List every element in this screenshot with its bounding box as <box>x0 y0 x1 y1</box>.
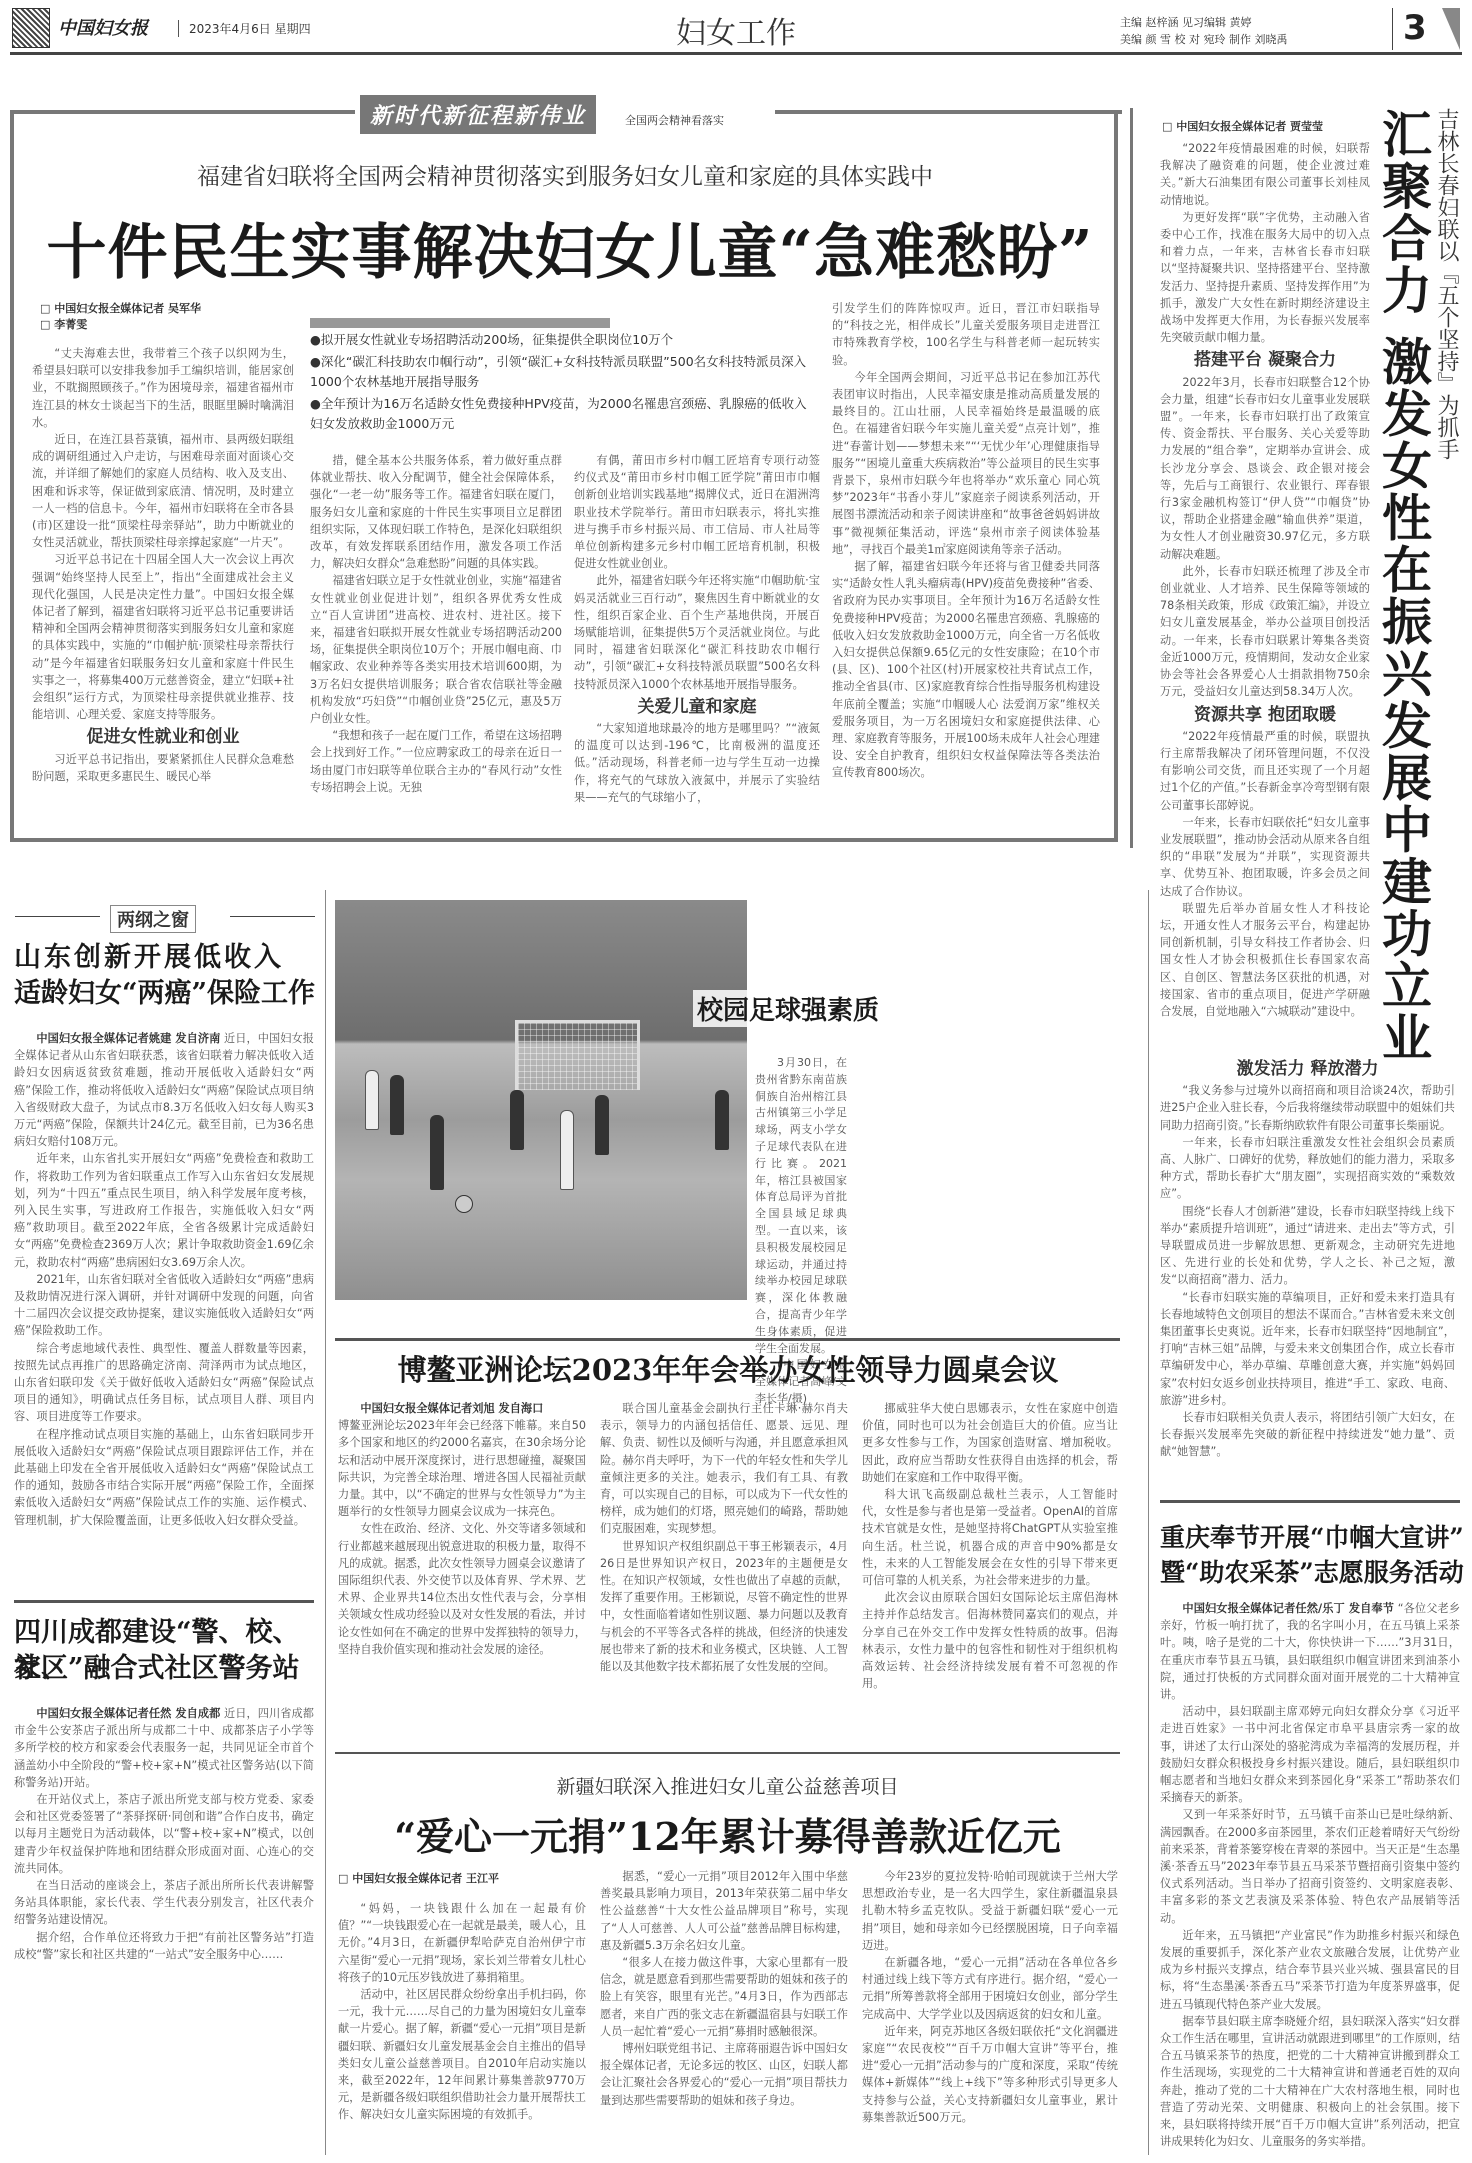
paragraph: 博鳌亚洲论坛2023年年会已经落下帷幕。来自50多个国家和地区的约2000名嘉宾… <box>338 1417 586 1520</box>
paragraph: 世界知识产权组织副总干事王彬颖表示，4月26日是世界知识产权日，2023年的主题… <box>600 1538 848 1676</box>
column-label-text: 两纲之窗 <box>110 905 196 933</box>
boao-column-3: 挪威驻华大使白思娜表示，女性在家庭中创造价值，同时也可以为社会创造巨大的价值。应… <box>862 1400 1118 1692</box>
dateline: 中国妇女报全媒体记者任然 发自成都 <box>36 1707 220 1720</box>
sichuan-body: 中国妇女报全媒体记者任然 发自成都 近日，四川省成都市金牛公安茶店子派出所与成都… <box>14 1705 314 2155</box>
shandong-body: 中国妇女报全媒体记者姚建 发自济南 近日，中国妇女报全媒体记者从山东省妇联获悉，… <box>14 1030 314 1529</box>
paragraph: 近年来，五马镇把“产业富民”作为助推乡村振兴和绿色发展的重要抓手，深化茶产业农文… <box>1160 1927 1460 2013</box>
column-rule <box>325 890 326 2155</box>
paragraph: 联合国儿童基金会副执行主任卡琳·赫尔肖夫表示，领导力的内涵包括信任、愿景、远见、… <box>600 1400 848 1538</box>
paragraph: 联盟先后举办首届女性人才科技论坛，开通女性人才服务云平台，构建起协同创新机制，引… <box>1160 900 1370 1020</box>
jilin-column-upper: “2022年疫情最困难的时候，妇联帮我解决了融资难的问题，使企业渡过难关。”新大… <box>1160 140 1370 1020</box>
divider <box>14 1600 314 1603</box>
player-figure <box>510 1090 524 1150</box>
paragraph: 福建省妇联立足于女性就业创业，实施“福建省女性就业创业促进计划”，组织各界优秀女… <box>310 572 562 727</box>
feature-kicker: 福建省妇联将全国两会精神贯彻落实到服务妇女儿童和家庭的具体实践中 <box>0 158 1130 191</box>
paragraph: 在开站仪式上，茶店子派出所党支部与校方党委、家委会和社区党委签署了“茶驿探研·同… <box>14 1791 314 1877</box>
page-number: 3 <box>1392 8 1442 50</box>
series-banner-sub: 全国两会精神看落实 <box>625 112 724 128</box>
paragraph: 据奉节县妇联主席李晓娅介绍，县妇联深入落实“妇女群众工作生活在哪里，宣讲活动就跟… <box>1160 2013 1460 2151</box>
paragraph: “长春市妇联实施的草编项目，正好和爱未来打造具有长春地域特色文创项目的想法不谋而… <box>1160 1289 1455 1409</box>
chongqing-body: 中国妇女报全媒体记者任然/乐丁 发自奉节 “各位父老乡亲好，竹板一响打扰了，我的… <box>1160 1600 1460 2151</box>
editor-line-1: 主编 赵梓涵 见习编辑 黄婷 <box>1120 14 1287 31</box>
chongqing-headline-line-1: 重庆奉节开展“巾帼大宣讲” <box>1160 1520 1465 1556</box>
paragraph: 今年全国两会期间，习近平总书记在参加江苏代表团审议时指出，人民幸福安康是推动高质… <box>832 369 1100 558</box>
sichuan-headline-line-2: 社区”融合式社区警务站 <box>14 1651 324 1687</box>
goal-net-graphic <box>515 1020 640 1090</box>
xinjiang-kicker: 新疆妇联深入推进妇女儿童公益慈善项目 <box>335 1772 1120 1799</box>
editor-line-2: 美编 颜 雪 校 对 宛玲 制作 刘晓禹 <box>1120 31 1287 48</box>
jilin-column-lower: 激发活力 释放潜力 “我义务参与过境外以商招商和项目洽谈24次，帮助引进25户企… <box>1160 1055 1455 1461</box>
player-figure <box>715 1090 729 1150</box>
paragraph: 综合考虑地域代表性、典型性、覆盖人群数量等因素，按照先试点再推广的思路确定济南、… <box>14 1340 314 1426</box>
divider <box>335 1338 1120 1341</box>
paragraph: 此次会议由原联合国妇女国际论坛主席侣海林主持并作总结发言。侣海林赞同嘉宾们的观点… <box>862 1589 1118 1692</box>
paragraph: 活动中，社区居民群众纷纷拿出手机扫码，你一元，我十元……尽自己的力量为困境妇女儿… <box>338 1986 586 2124</box>
football-photo <box>335 900 747 1300</box>
paragraph: 又到一年采茶好时节，五马镇千亩茶山已是吐绿纳新、满园飘香。在2000多亩茶园里，… <box>1160 1806 1460 1926</box>
paragraph: 在当日活动的座谈会上，茶店子派出所所长代表讲解警务站具体职能，家长代表、学生代表… <box>14 1877 314 1929</box>
paragraph: “大家知道地球最冷的地方是哪里吗？”“液氮的温度可以达到-196℃，比南极洲的温… <box>574 720 820 806</box>
boao-column-1: 中国妇女报全媒体记者刘旭 发自海口 博鳌亚洲论坛2023年年会已经落下帷幕。来自… <box>338 1400 586 1658</box>
paragraph: “2022年疫情最困难的时候，妇联帮我解决了融资难的问题，使企业渡过难关。”新大… <box>1160 140 1370 209</box>
paragraph: “各位父老乡亲好，竹板一响打扰了，我的名字叫小月，在五马镇上采茶叶。咦，啥子是党… <box>1160 1602 1460 1701</box>
page-corner-decoration <box>1442 8 1460 50</box>
paragraph: 女性在政治、经济、文化、外交等诸多领域和行业都越来越展现出锐意进取的积极力量，取… <box>338 1520 586 1658</box>
paragraph: 据介绍，合作单位还将致力于把“有前社区警务站”打造成校“警”家长和社区共建的“一… <box>14 1929 314 1963</box>
jilin-byline: □ 中国妇女报全媒体记者 贾莹莹 <box>1162 118 1323 134</box>
player-figure <box>365 1070 379 1130</box>
dateline: 中国妇女报全媒体记者任然/乐丁 发自奉节 <box>1182 1602 1394 1615</box>
paragraph: 据了解，福建省妇联今年还将与省卫健委共同落实“适龄女性人乳头瘤病毒(HPV)疫苗… <box>832 558 1100 782</box>
column-label: 两纲之窗 <box>15 905 315 929</box>
paragraph: 据悉，“爱心一元捐”项目2012年入围中华慈善奖最具影响力项目，2013年荣获第… <box>600 1868 848 1954</box>
paragraph: 今年23岁的夏拉发特·哈帕司现就读于兰州大学思想政治专业，是一名大四学生，家住新… <box>862 1868 1118 1954</box>
feature-byline-1: □ 中国妇女报全媒体记者 吴军华 <box>40 300 201 316</box>
paragraph: 近年来，山东省扎实开展妇女“两癌”免费检查和救助工作，将救助工作列为省妇联重点工… <box>14 1150 314 1270</box>
photo-title: 校园足球强素质 <box>693 990 883 1027</box>
paragraph: 围绕“长春人才创新港”建设，长春市妇联坚持线上线下举办“素质提升培训班”，通过“… <box>1160 1203 1455 1289</box>
paragraph: “我想和孩子一起在厦门工作，希望在这场招聘会上找到好工作。”一位应聘家政工的母亲… <box>310 727 562 796</box>
paragraph: 习近平总书记在十四届全国人大一次会议上再次强调“始终坚持人民至上”，指出“全面建… <box>32 551 294 723</box>
paragraph: 有偶，莆田市乡村巾帼工匠培育专项行动签约仪式及“莆田市乡村巾帼工匠学院”莆田市巾… <box>574 452 820 572</box>
feature-column-3: 有偶，莆田市乡村巾帼工匠培育专项行动签约仪式及“莆田市乡村巾帼工匠学院”莆田市巾… <box>574 452 820 806</box>
xinjiang-byline: □ 中国妇女报全媒体记者 王江平 <box>338 1870 499 1886</box>
key-point: ●拟开展女性就业专场招聘活动200场，征集提供全职岗位10万个 <box>310 330 810 350</box>
paragraph: 近年来，阿克苏地区各级妇联依托“文化润疆进家庭”“农民夜校”“百千万巾帼大宣讲”… <box>862 2023 1118 2126</box>
subheading: 资源共享 抱团取暖 <box>1160 707 1370 724</box>
jilin-headline: 汇聚合力 激发女性在振兴发展中建功立业 <box>1370 108 1430 1063</box>
feature-column-1: “丈夫海难去世，我带着三个孩子以织网为生，希望县妇联可以安排我参加手工编织培训，… <box>32 345 294 785</box>
feature-column-4: 引发学生们的阵阵惊叹声。近日，晋江市妇联指导的“科技之光，相伴成长”儿童关爱服务… <box>832 300 1100 782</box>
paragraph: 此外，福建省妇联今年还将实施“巾帼助航·宝妈灵活就业三百行动”，聚焦因生育中断就… <box>574 572 820 692</box>
paragraph: “我义务参与过境外以商招商和项目洽谈24次，帮助引进25户企业入驻长春，今后我将… <box>1160 1082 1455 1134</box>
subheading: 促进女性就业和创业 <box>32 729 294 746</box>
paragraph: 一年来，长春市妇联注重激发女性社会组织会员素质高、人脉广、口碑好的优势，释放她们… <box>1160 1134 1455 1203</box>
paragraph: 长春市妇联相关负责人表示，将团结引领广大妇女，在长春振兴发展率先突破的新征程中持… <box>1160 1409 1455 1461</box>
paragraph: 活动中，县妇联副主席邓婷元向妇女群众分享《习近平走进百姓家》一书中河北省保定市阜… <box>1160 1703 1460 1806</box>
xinjiang-column-1: “妈妈，一块钱跟什么加在一起最有价值？”“一块钱跟爱心在一起就是最美，暖人心，且… <box>338 1900 586 2124</box>
paragraph: 挪威驻华大使白思娜表示，女性在家庭中创造价值，同时也可以为社会创造巨大的价值。应… <box>862 1400 1118 1486</box>
feature-column-2: 措，健全基本公共服务体系，着力做好重点群体就业帮扶、收入分配调节，健全社会保障体… <box>310 452 562 796</box>
football-graphic <box>455 1195 473 1213</box>
subheading: 激发活力 释放潜力 <box>1160 1061 1455 1078</box>
paragraph: 为更好发挥“联”字优势，主动融入省委中心工作，找准在服务大局中的切入点和着力点，… <box>1160 209 1370 347</box>
masthead-divider <box>10 52 1462 55</box>
paragraph: 措，健全基本公共服务体系，着力做好重点群体就业帮扶、收入分配调节，健全社会保障体… <box>310 452 562 572</box>
shandong-headline-line-2: 适龄妇女“两癌”保险工作 <box>14 976 324 1012</box>
paragraph: 2021年，山东省妇联对全省低收入适龄妇女“两癌”患病及救助情况进行深入调研，并… <box>14 1271 314 1340</box>
series-banner: 新时代新征程新伟业 <box>360 95 596 134</box>
paragraph: 引发学生们的阵阵惊叹声。近日，晋江市妇联指导的“科技之光，相伴成长”儿童关爱服务… <box>832 300 1100 369</box>
boao-column-2: 联合国儿童基金会副执行主任卡琳·赫尔肖夫表示，领导力的内涵包括信任、愿景、远见、… <box>600 1400 848 1675</box>
key-point: ●深化“碳汇科技助农巾帼行动”，引领“碳汇+女科技特派员联盟”500名女科技特派… <box>310 352 810 392</box>
editor-credits: 主编 赵梓涵 见习编辑 黄婷 美编 颜 雪 校 对 宛玲 制作 刘晓禹 <box>1120 14 1287 48</box>
caption-text: 3月30日，在贵州省黔东南苗族侗族自治州榕江县古州镇第三小学足球场，两支小学女子… <box>755 1055 847 1357</box>
player-figure <box>430 1115 444 1190</box>
paragraph: 科大讯飞高级副总裁杜兰表示，人工智能时代，女性是参与者也是第一受益者。OpenA… <box>862 1486 1118 1589</box>
paragraph: 此外，长春市妇联还梳理了涉及全市创业就业、人才培养、民生保障等领域的78条相关政… <box>1160 563 1370 701</box>
xinjiang-column-3: 今年23岁的夏拉发特·哈帕司现就读于兰州大学思想政治专业，是一名大四学生，家住新… <box>862 1868 1118 2126</box>
dateline: 中国妇女报全媒体记者刘旭 发自海口 <box>360 1402 543 1415</box>
column-rule <box>1148 890 1149 2155</box>
chongqing-headline-line-2: 暨“助农采茶”志愿服务活动 <box>1160 1555 1465 1591</box>
divider <box>1160 1500 1460 1503</box>
divider <box>335 1752 1120 1754</box>
subheading: 关爱儿童和家庭 <box>574 699 820 716</box>
paragraph: “2022年疫情最严重的时候，联盟执行主席帮我解决了闭环管理问题，不仅没有影响公… <box>1160 728 1370 814</box>
label-rule-left <box>15 916 100 917</box>
paragraph: 在程序推动试点项目实施的基础上，山东省妇联同步开展低收入适龄妇女“两癌”保险试点… <box>14 1426 314 1529</box>
paragraph: 一年来，长春市妇联依托“妇女儿童事业发展联盟”，推动协会活动从原来各自组织的“串… <box>1160 814 1370 900</box>
key-point: ●全年预计为16万名适龄女性免费接种HPV疫苗，为2000名罹患宫颈癌、乳腺癌的… <box>310 394 810 434</box>
player-figure <box>390 1075 404 1135</box>
paragraph: 博州妇联党组书记、主席蒋丽遐告诉中国妇女报全媒体记者，无论多远的牧区、山区，妇联… <box>600 2040 848 2109</box>
paragraph: 近日，在连江县苔菉镇，福州市、县两级妇联组成的调研组通过入户走访，与困难母亲面对… <box>32 431 294 551</box>
player-figure <box>595 1095 609 1155</box>
xinjiang-headline: “爱心一元捐”12年累计募得善款近亿元 <box>335 1806 1120 1861</box>
subheading: 搭建平台 凝聚合力 <box>1160 352 1370 369</box>
xinjiang-column-2: 据悉，“爱心一元捐”项目2012年入围中华慈善奖最具影响力项目，2013年荣获第… <box>600 1868 848 2109</box>
paragraph: 近日，中国妇女报全媒体记者从山东省妇联获悉，该省妇联着力解决低收入适龄妇女因病返… <box>14 1032 314 1148</box>
key-points-bar <box>310 318 610 328</box>
key-points-box: ●拟开展女性就业专场招聘活动200场，征集提供全职岗位10万个 ●深化“碳汇科技… <box>310 318 810 434</box>
paragraph: 习近平总书记指出，要紧紧抓住人民群众急难愁盼问题，采取更多惠民生、暖民心举 <box>32 751 294 785</box>
shandong-headline-line-1: 山东创新开展低收入 <box>14 940 314 976</box>
paragraph: “很多人在接力做这件事，大家心里都有一股信念，就是愿意看到那些需要帮助的姐妹和孩… <box>600 1954 848 2040</box>
player-figure <box>560 1110 574 1190</box>
dateline: 中国妇女报全媒体记者姚建 发自济南 <box>36 1032 220 1045</box>
paragraph: 2022年3月，长春市妇联整合12个协会力量，组建“长春市妇女儿童事业发展联盟”… <box>1160 374 1370 563</box>
paragraph: “妈妈，一块钱跟什么加在一起最有价值？”“一块钱跟爱心在一起就是最美，暖人心，且… <box>338 1900 586 1986</box>
label-rule-right <box>230 916 315 917</box>
column-rule <box>1130 108 1133 848</box>
paragraph: “丈夫海难去世，我带着三个孩子以织网为生，希望县妇联可以安排我参加手工编织培训，… <box>32 345 294 431</box>
feature-byline-2: □ 李菁雯 <box>40 316 87 332</box>
paragraph: 在新疆各地，“爱心一元捐”活动在各单位各乡村通过线上线下等方式有序进行。据介绍，… <box>862 1954 1118 2023</box>
feature-headline: 十件民生实事解决妇女儿童“急难愁盼” <box>20 205 1120 291</box>
boao-headline: 博鳌亚洲论坛2023年年会举办女性领导力圆桌会议 <box>338 1348 1118 1389</box>
